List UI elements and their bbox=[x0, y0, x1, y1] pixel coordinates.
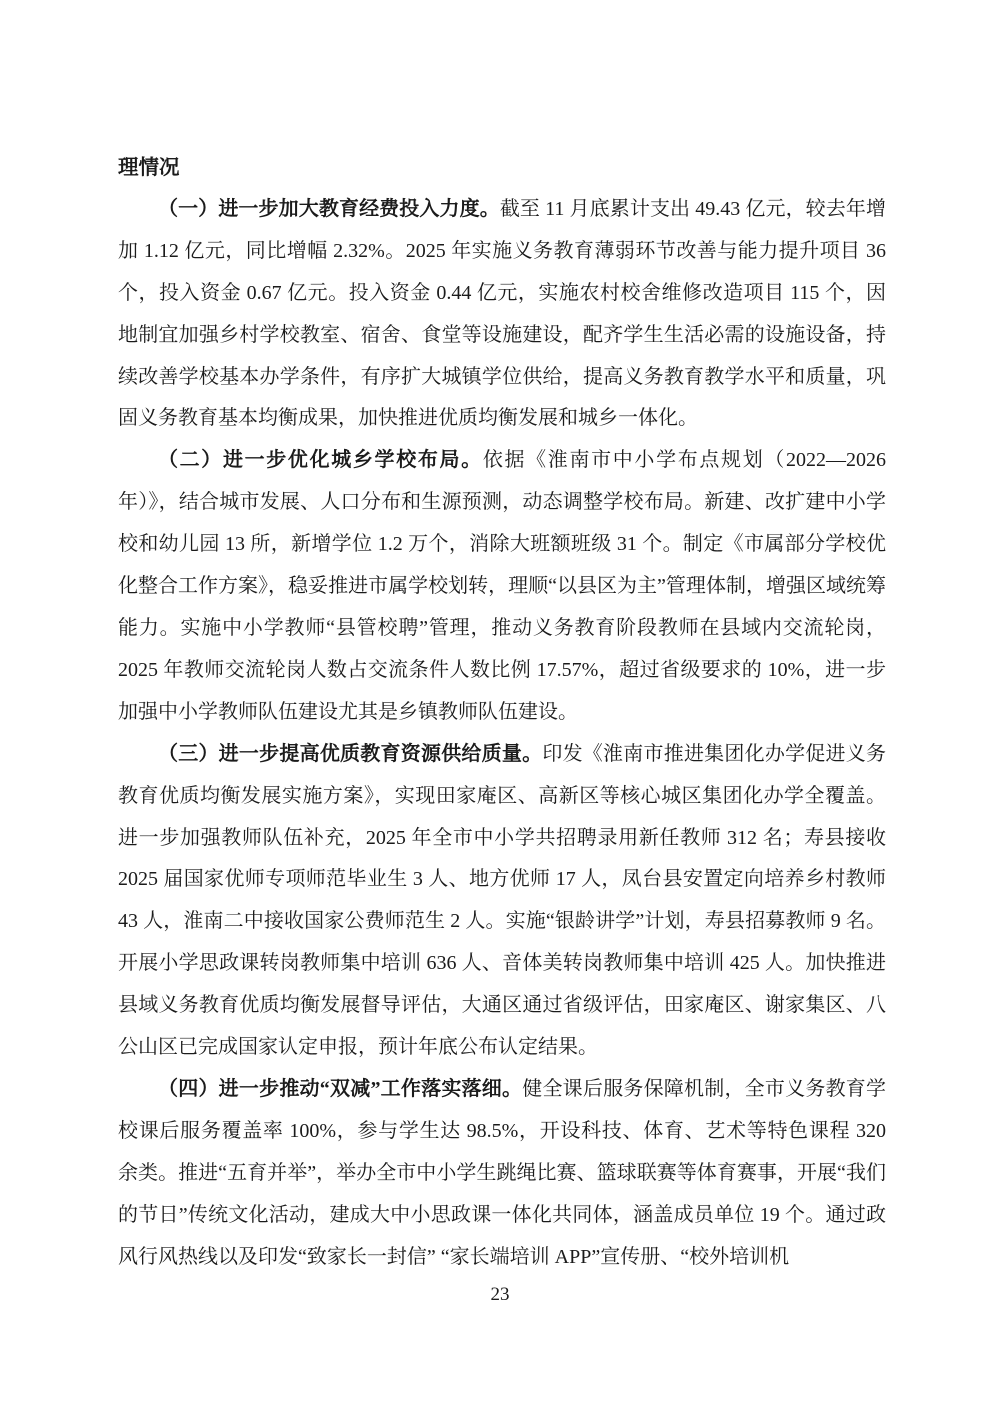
paragraph-3: （三）进一步提高优质教育资源供给质量。印发《淮南市推进集团化办学促进义务教育优质… bbox=[118, 734, 886, 1069]
page-number: 23 bbox=[0, 1284, 1000, 1306]
paragraph-2-body: 依据《淮南市中小学布点规划（2022—2026 年）》，结合城市发展、人口分布和… bbox=[118, 449, 886, 722]
paragraph-1-lead: （一）进一步加大教育经费投入力度。 bbox=[158, 198, 500, 220]
page-body-text: 理情况 （一）进一步加大教育经费投入力度。截至 11 月底累计支出 49.43 … bbox=[118, 147, 886, 1278]
paragraph-4-body: 健全课后服务保障机制，全市义务教育学校课后服务覆盖率 100%，参与学生达 98… bbox=[118, 1078, 886, 1268]
paragraph-4: （四）进一步推动“双减”工作落实落细。健全课后服务保障机制，全市义务教育学校课后… bbox=[118, 1069, 886, 1279]
paragraph-2-lead: （二）进一步优化城乡学校布局。 bbox=[158, 449, 483, 471]
paragraph-1: （一）进一步加大教育经费投入力度。截至 11 月底累计支出 49.43 亿元，较… bbox=[118, 189, 886, 440]
document-page: 理情况 （一）进一步加大教育经费投入力度。截至 11 月底累计支出 49.43 … bbox=[0, 0, 1000, 1415]
section-heading-fragment: 理情况 bbox=[118, 147, 886, 189]
paragraph-4-lead: （四）进一步推动“双减”工作落实落细。 bbox=[158, 1078, 522, 1100]
paragraph-1-body: 截至 11 月底累计支出 49.43 亿元，较去年增加 1.12 亿元，同比增幅… bbox=[118, 198, 886, 430]
paragraph-3-body: 印发《淮南市推进集团化办学促进义务教育优质均衡发展实施方案》，实现田家庵区、高新… bbox=[118, 743, 886, 1058]
paragraph-3-lead: （三）进一步提高优质教育资源供给质量。 bbox=[158, 743, 542, 765]
paragraph-2: （二）进一步优化城乡学校布局。依据《淮南市中小学布点规划（2022—2026 年… bbox=[118, 440, 886, 733]
